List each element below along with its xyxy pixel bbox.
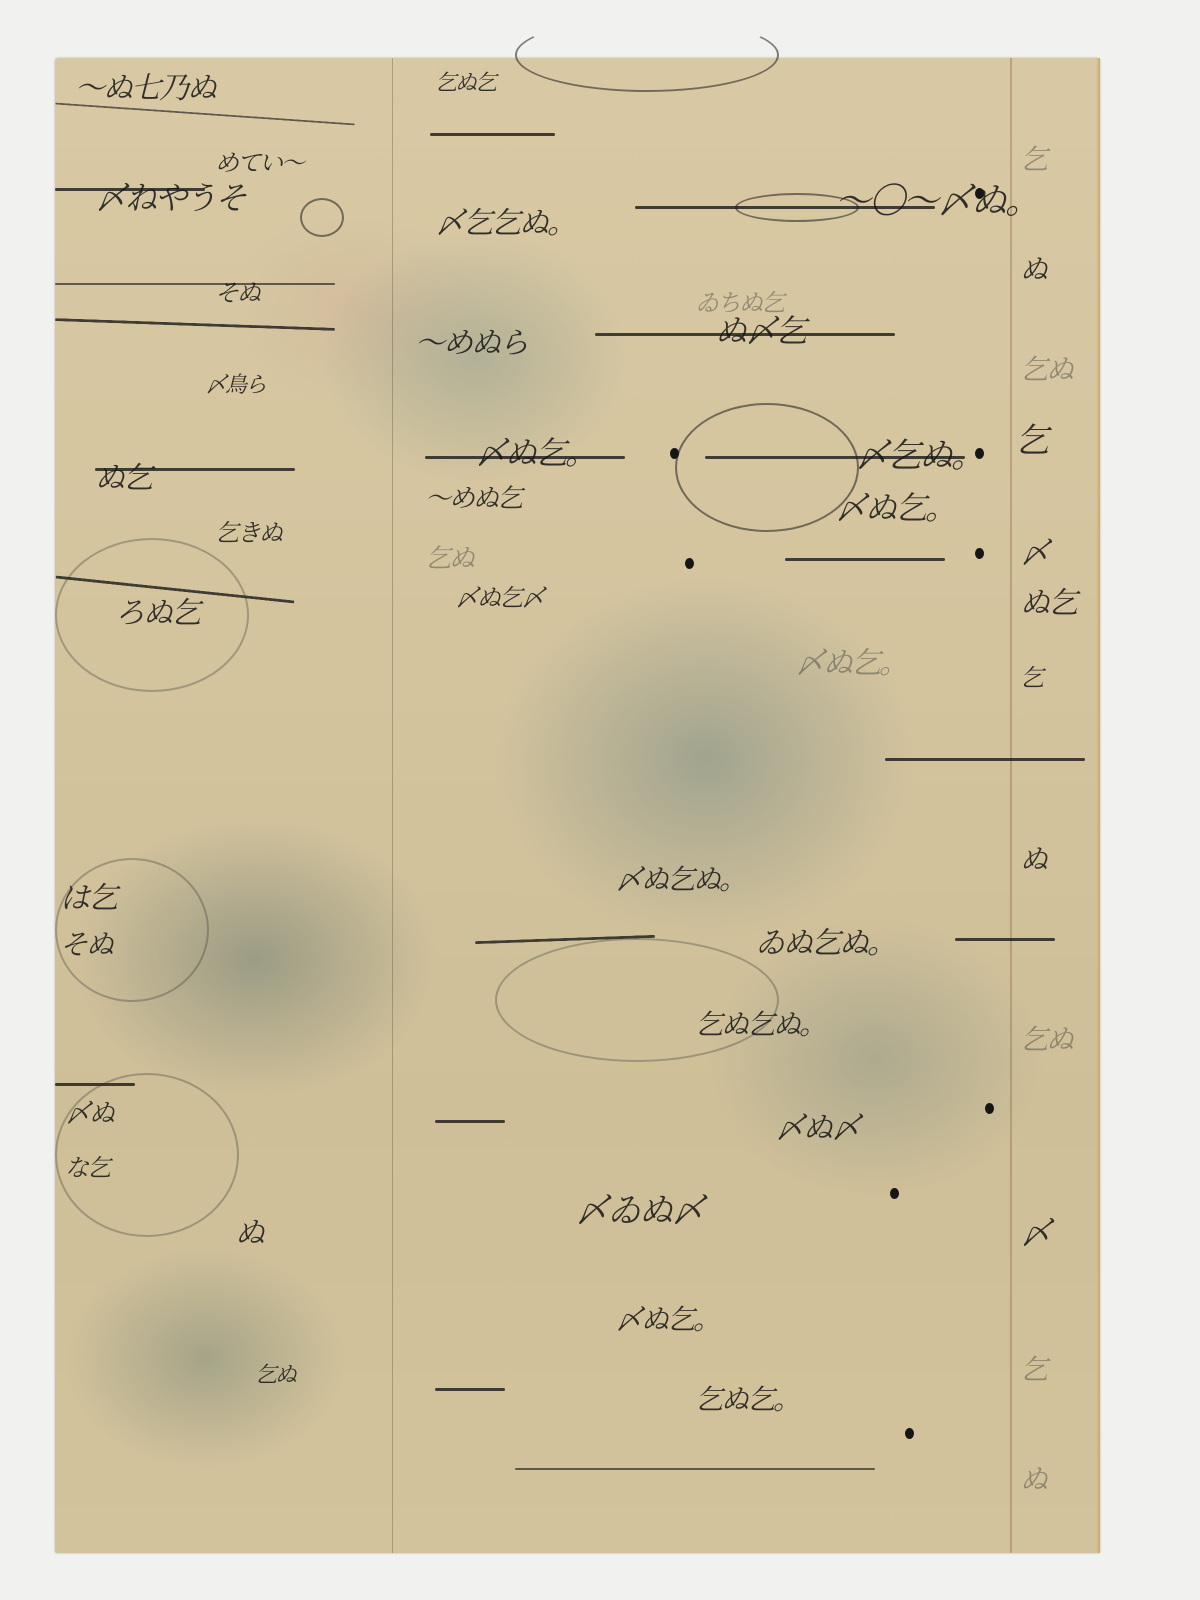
ink-arc	[515, 18, 779, 92]
handwriting-stroke: 〆ぬ乞〆	[455, 578, 543, 613]
handwriting-stroke: 〜ぬ七乃ぬ	[75, 63, 215, 107]
handwriting-stroke: 乞ぬ	[425, 538, 473, 575]
handwriting-stroke: 〆ぬ乞。	[475, 428, 595, 474]
ink-seal-circle	[495, 938, 779, 1062]
ink-line	[785, 558, 945, 561]
handwriting-stroke: ぬ	[1020, 838, 1046, 878]
handwriting-stroke: 〆ぬ乞。	[615, 1298, 719, 1338]
ink-dot	[905, 1428, 914, 1439]
handwriting-stroke: 〆ゐぬ〆	[575, 1183, 703, 1232]
handwriting-stroke: 乞きぬ	[215, 513, 281, 548]
handwriting-stroke: 〜〇〜〆ぬ。	[835, 173, 1039, 224]
handwriting-stroke: 〜めぬ乞	[425, 478, 521, 515]
handwriting-stroke: 乞ぬ乞ぬ。	[695, 1003, 825, 1043]
ink-line	[435, 1120, 505, 1123]
handwriting-stroke: 乞ぬ	[1020, 1018, 1072, 1058]
ink-dot	[685, 558, 694, 569]
handwriting-stroke: ゐぬ乞ぬ。	[755, 918, 895, 962]
handwriting-stroke: 〆ぬ乞。	[795, 638, 907, 682]
handwriting-stroke: 〆	[1020, 528, 1048, 572]
handwriting-stroke: 〆乞ぬ。	[855, 428, 983, 477]
handwriting-stroke: そぬ	[215, 273, 259, 308]
handwriting-stroke: ろぬ乞	[115, 588, 199, 632]
ink-line	[430, 133, 555, 136]
ink-line	[55, 318, 335, 331]
handwriting-stroke: 〆ぬ〆	[775, 1103, 859, 1147]
ink-line	[95, 468, 295, 471]
ink-dot	[985, 1103, 994, 1114]
handwriting-stroke: 〆ぬ乞ぬ。	[615, 858, 745, 898]
handwriting-stroke: 〆ねやうそ	[95, 173, 245, 219]
handwriting-stroke: 〆鳥ら	[205, 368, 265, 399]
handwriting-stroke: 乞	[1020, 138, 1046, 178]
handwriting-stroke: ぬ乞	[95, 453, 151, 497]
handwriting-stroke: 〜めぬら	[415, 318, 527, 362]
handwriting-stroke: 乞	[1020, 658, 1042, 693]
ink-dot	[975, 188, 984, 199]
handwriting-stroke: 乞ぬ	[255, 1358, 295, 1389]
ink-seal-circle	[675, 403, 859, 532]
ink-dot	[975, 548, 984, 559]
paper-document: 〜ぬ七乃ぬ めてい〜 〆ねやうそ そぬ 〆鳥ら ぬ乞 乞きぬ ろぬ乞 は乞 そぬ…	[55, 58, 1100, 1553]
handwriting-stroke: 乞	[1020, 1348, 1046, 1388]
handwriting-stroke: ぬ	[235, 1208, 263, 1252]
handwriting-stroke: 乞ぬ	[1020, 348, 1072, 388]
handwriting-stroke: 乞ぬ乞。	[695, 1378, 799, 1418]
ink-dot	[670, 448, 679, 459]
ink-dot	[890, 1188, 899, 1199]
handwriting-stroke: ぬ乞	[1020, 578, 1076, 622]
fold-line	[1010, 58, 1012, 1553]
ink-line	[885, 758, 1085, 761]
ink-seal-circle	[55, 858, 209, 1002]
ink-loop	[300, 198, 344, 237]
ink-line	[515, 1468, 875, 1470]
ink-dot	[975, 448, 984, 459]
fold-line	[392, 58, 393, 1553]
handwriting-stroke: ぬ	[1020, 248, 1046, 288]
handwriting-stroke: 〆乞乞ぬ。	[435, 198, 575, 242]
ink-seal-circle	[55, 1073, 239, 1237]
handwriting-stroke: 〆ぬ乞。	[835, 483, 955, 529]
handwriting-stroke: ぬ	[1020, 1458, 1046, 1498]
ink-line	[955, 938, 1055, 941]
handwriting-stroke: 乞	[1015, 413, 1047, 462]
handwriting-stroke: 〆	[1020, 1208, 1050, 1254]
ink-line	[55, 283, 335, 285]
ink-line	[435, 1388, 505, 1391]
handwriting-stroke: ぬ〆乞	[715, 306, 805, 352]
handwriting-stroke: 乞ぬ乞	[435, 66, 495, 97]
